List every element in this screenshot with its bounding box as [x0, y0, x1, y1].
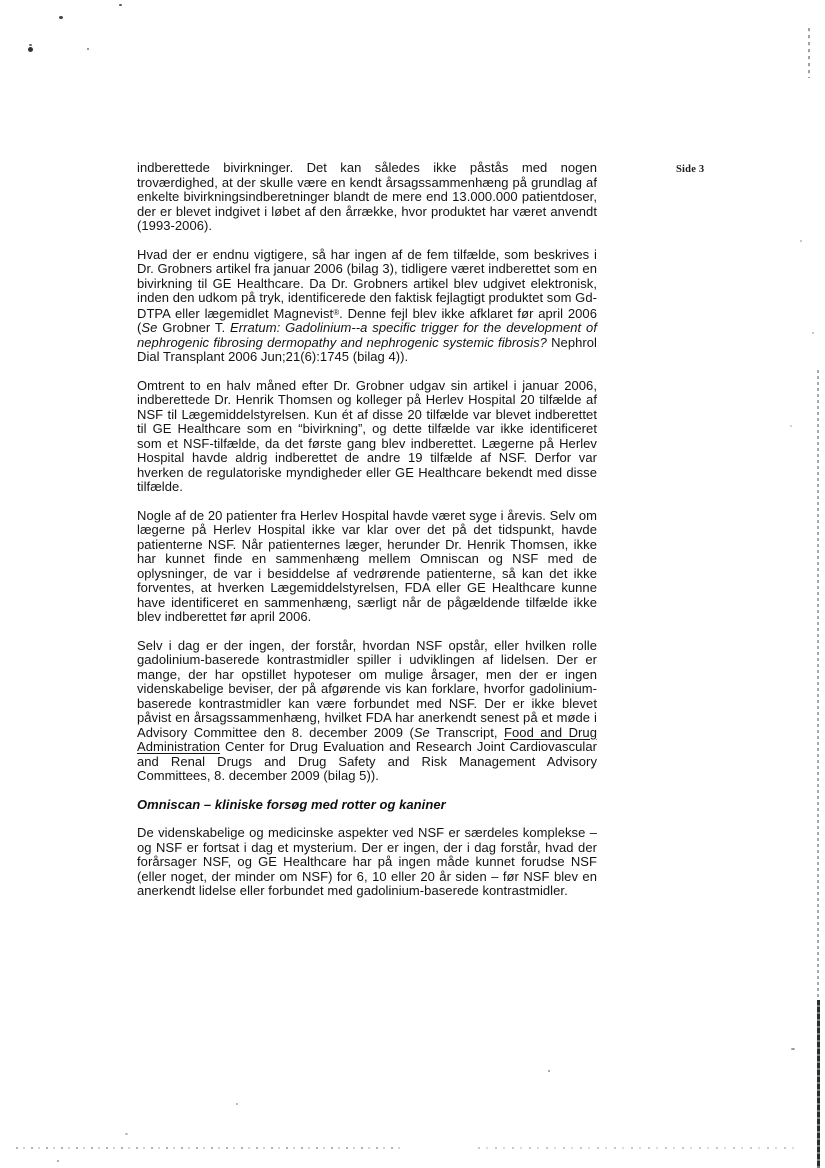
text-segment: Grobner T. — [157, 320, 230, 335]
paragraph-3: Omtrent to en halv måned efter Dr. Grobn… — [137, 379, 597, 495]
scan-speck — [125, 1133, 128, 1135]
scan-speck — [119, 4, 122, 6]
scan-edge-artifact-right-lower — [817, 1000, 820, 1168]
text-segment: Se — [414, 725, 430, 740]
paragraph-4: Nogle af de 20 patienter fra Herlev Hosp… — [137, 509, 597, 625]
scan-edge-artifact-right-upper — [817, 370, 819, 1000]
text-segment: indberettede bivirkninger. Det kan såled… — [137, 160, 597, 233]
scan-noise-line-left — [16, 1147, 406, 1149]
text-segment: Nogle af de 20 patienter fra Herlev Hosp… — [137, 508, 597, 625]
scan-speck — [790, 425, 792, 427]
scan-edge-artifact-top-right — [808, 28, 810, 78]
scan-speck — [800, 240, 802, 242]
paragraph-6: De videnskabelige og medicinske aspekter… — [137, 826, 597, 899]
scan-speck — [57, 1160, 59, 1162]
scan-speck — [59, 16, 63, 19]
scan-speck — [791, 1048, 795, 1050]
paragraph-1: indberettede bivirkninger. Det kan såled… — [137, 161, 597, 234]
text-segment: De videnskabelige og medicinske aspekter… — [137, 825, 597, 898]
text-segment: Transcript, — [430, 725, 504, 740]
scan-noise-line-right — [478, 1147, 798, 1149]
text-segment: Omtrent to en halv måned efter Dr. Grobn… — [137, 378, 597, 495]
section-heading: Omniscan – kliniske forsøg med rotter og… — [137, 798, 597, 813]
page-number: Side 3 — [676, 164, 704, 175]
scan-speck — [812, 332, 814, 334]
scan-speck — [29, 44, 32, 46]
paragraph-5: Selv i dag er der ingen, der forstår, hv… — [137, 639, 597, 784]
text-segment: Se — [141, 320, 157, 335]
scan-speck — [87, 48, 89, 50]
scan-speck — [28, 47, 33, 52]
scan-speck — [236, 1103, 238, 1105]
document-page: Side 3 indberettede bivirkninger. Det ka… — [0, 0, 825, 1168]
paragraph-2: Hvad der er endnu vigtigere, så har inge… — [137, 248, 597, 365]
scan-speck — [548, 1070, 550, 1072]
document-body: indberettede bivirkninger. Det kan såled… — [137, 161, 597, 913]
